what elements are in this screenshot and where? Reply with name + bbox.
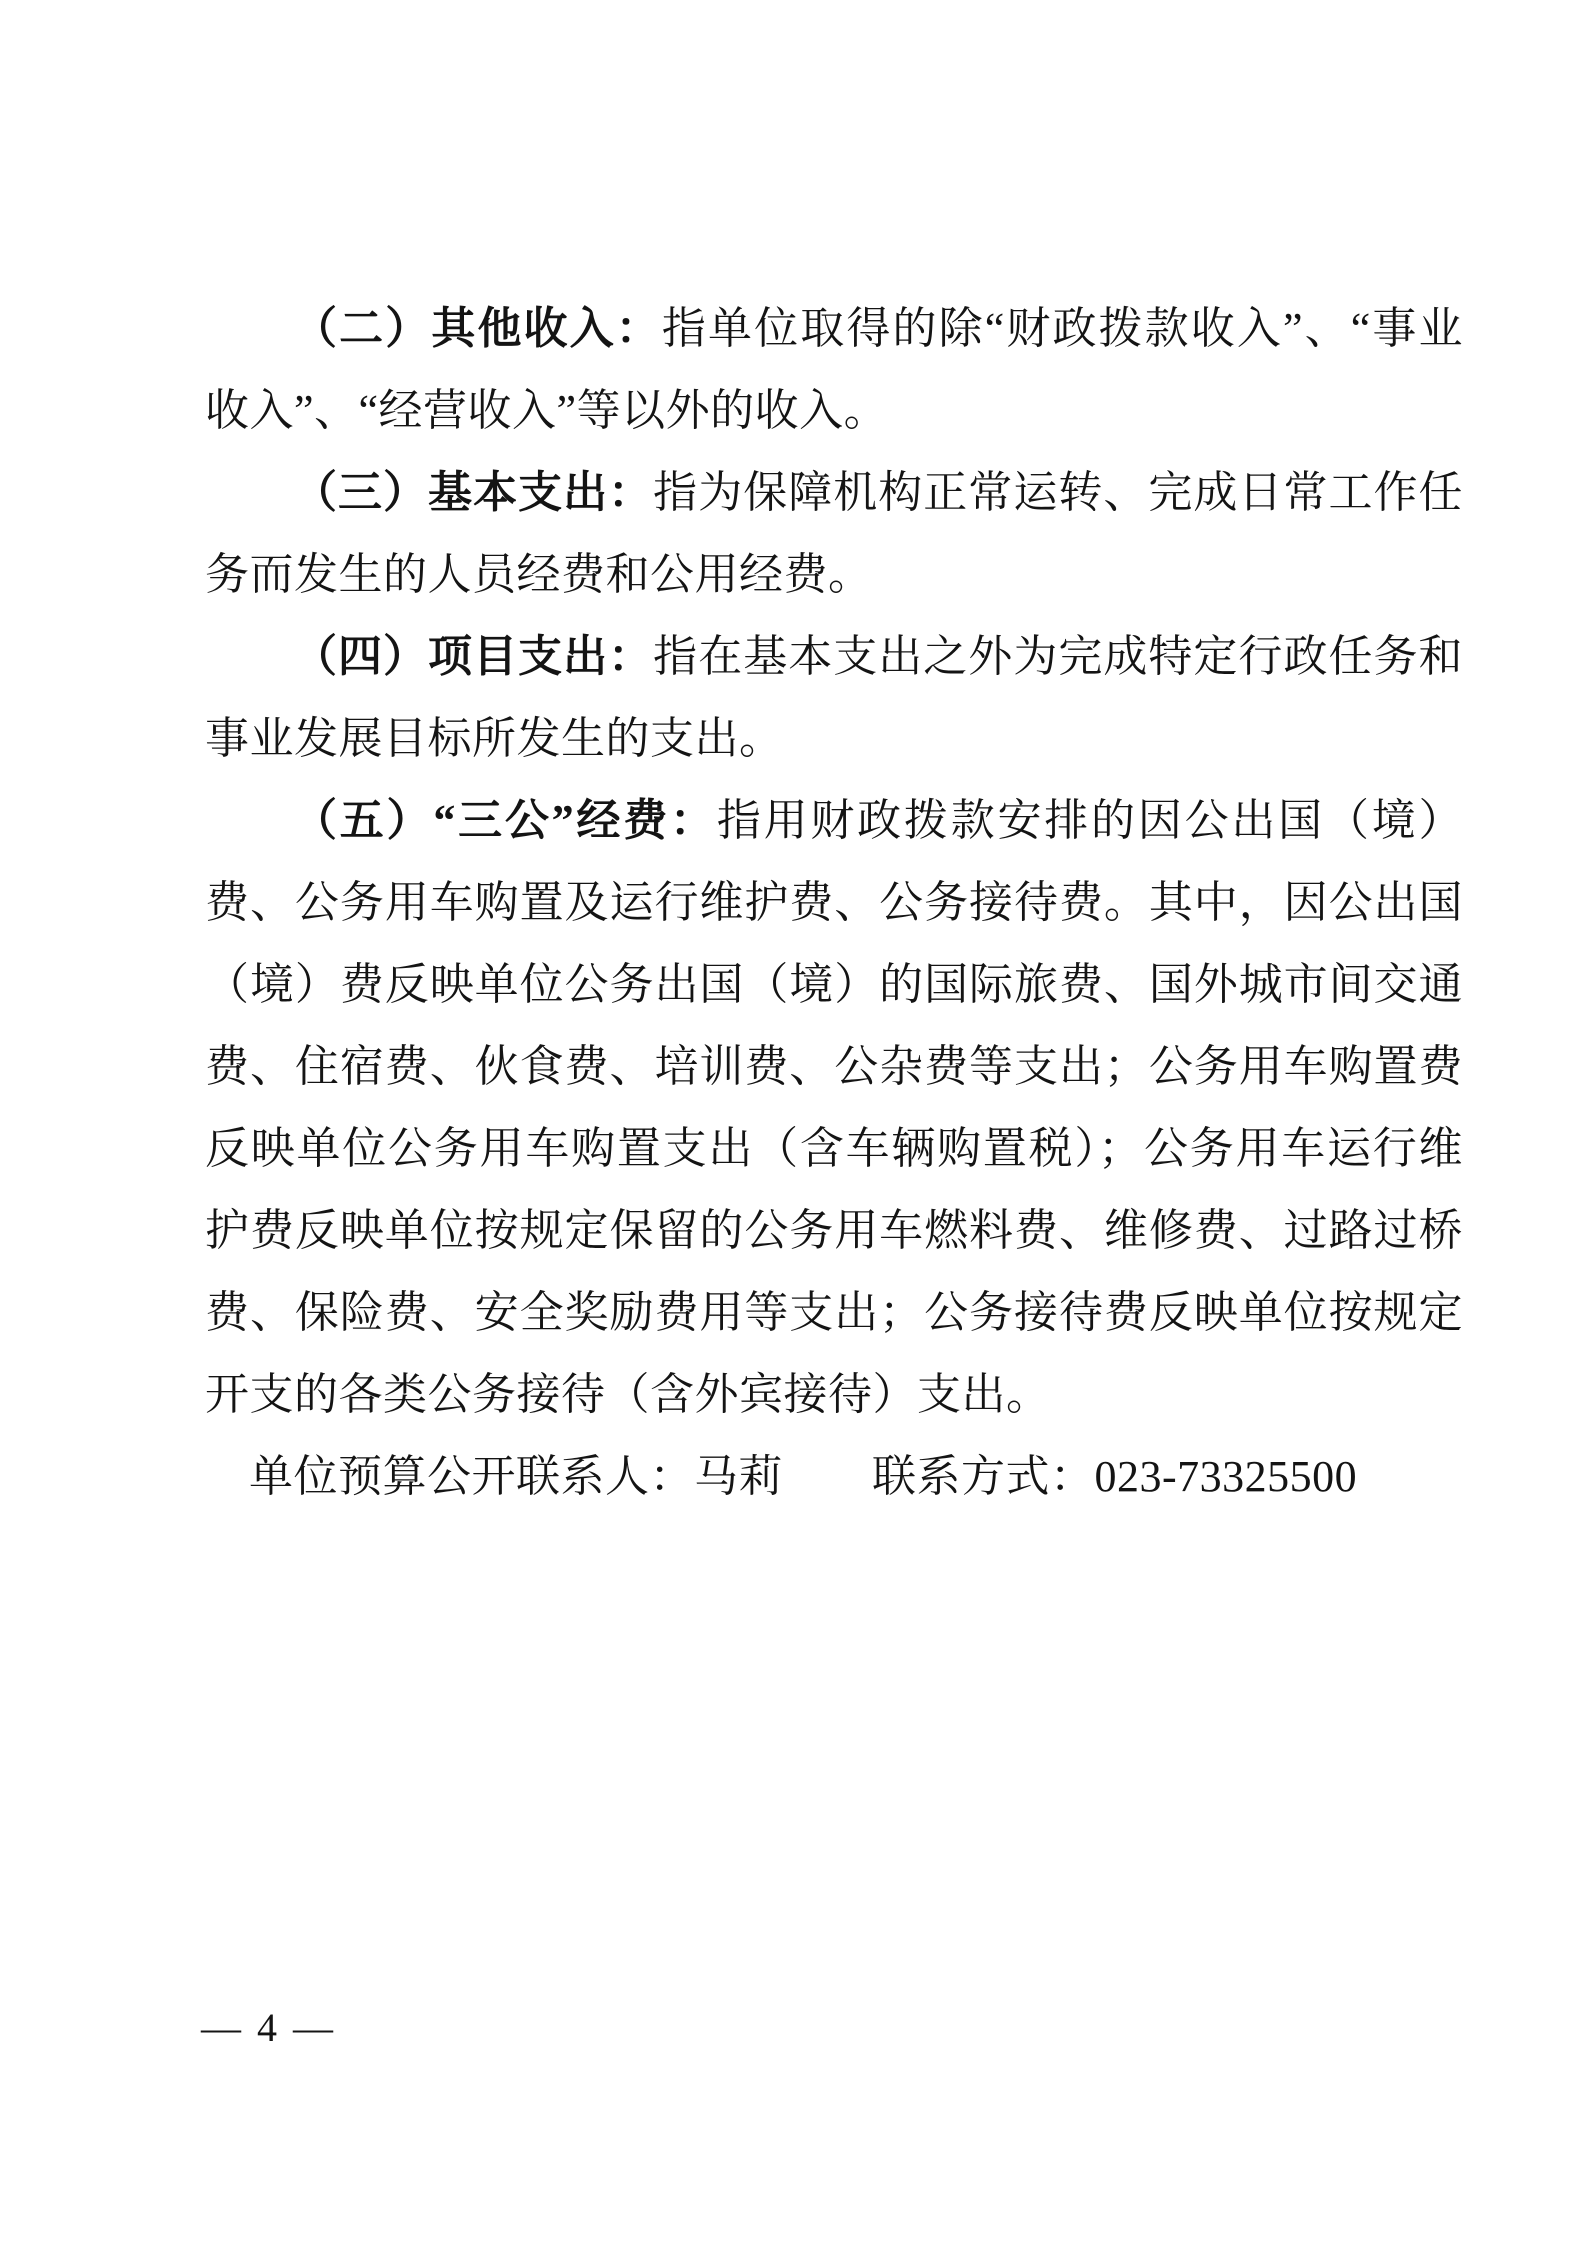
text-segment: 护费反映单位按规定保留的公务用车燃料费、维修费、过路过桥 [205,1206,1463,1255]
document-line: 开支的各类公务接待（含外宾接待）支出。 [205,1354,1463,1436]
text-segment: （境）费反映单位公务出国（境）的国际旅费、国外城市间交通 [205,960,1463,1009]
document-line: 收入”、“经营收入”等以外的收入。 [205,370,1463,452]
document-line: 务而发生的人员经费和公用经费。 [205,534,1463,616]
text-segment: 联系方式：023-73325500 [872,1452,1357,1501]
text-segment: 单位预算公开联系人：马莉 [249,1452,783,1501]
text-segment: 指在基本支出之外为完成特定行政任务和 [653,632,1463,681]
clause-heading: （五）“三公”经费： [293,796,717,845]
document-body: （二）其他收入：指单位取得的除“财政拨款收入”、“事业收入”、“经营收入”等以外… [205,288,1463,1518]
document-line: （五）“三公”经费：指用财政拨款安排的因公出国（境） [205,780,1463,862]
document-line: （四）项目支出：指在基本支出之外为完成特定行政任务和 [205,616,1463,698]
document-line: 费、保险费、安全奖励费用等支出；公务接待费反映单位按规定 [205,1272,1463,1354]
document-line: （三）基本支出：指为保障机构正常运转、完成日常工作任 [205,452,1463,534]
clause-heading: （二）其他收入： [293,304,662,353]
text-segment: 费、公务用车购置及运行维护费、公务接待费。其中，因公出国 [205,878,1463,927]
document-page: （二）其他收入：指单位取得的除“财政拨款收入”、“事业收入”、“经营收入”等以外… [0,0,1587,2245]
document-line: （境）费反映单位公务出国（境）的国际旅费、国外城市间交通 [205,944,1463,1026]
text-segment: 收入”、“经营收入”等以外的收入。 [205,386,888,435]
text-segment: 指为保障机构正常运转、完成日常工作任 [653,468,1463,517]
clause-heading: （四）项目支出： [293,632,653,681]
page-number: — 4 — [201,2006,336,2050]
text-segment: 费、住宿费、伙食费、培训费、公杂费等支出；公务用车购置费 [205,1042,1463,1091]
text-segment [783,1452,872,1501]
document-line: 事业发展目标所发生的支出。 [205,698,1463,780]
text-segment: 务而发生的人员经费和公用经费。 [205,550,873,599]
text-segment: 开支的各类公务接待（含外宾接待）支出。 [205,1370,1051,1419]
text-segment: 反映单位公务用车购置支出（含车辆购置税）；公务用车运行维 [205,1124,1463,1173]
clause-heading: （三）基本支出： [293,468,653,517]
text-segment: 指用财政拨款安排的因公出国（境） [717,796,1463,845]
text-segment: 费、保险费、安全奖励费用等支出；公务接待费反映单位按规定 [205,1288,1463,1337]
document-line: （二）其他收入：指单位取得的除“财政拨款收入”、“事业 [205,288,1463,370]
document-line: 单位预算公开联系人：马莉 联系方式：023-73325500 [205,1436,1463,1518]
document-line: 护费反映单位按规定保留的公务用车燃料费、维修费、过路过桥 [205,1190,1463,1272]
document-line: 费、住宿费、伙食费、培训费、公杂费等支出；公务用车购置费 [205,1026,1463,1108]
text-segment: 指单位取得的除“财政拨款收入”、“事业 [662,304,1463,353]
text-segment: 事业发展目标所发生的支出。 [205,714,784,763]
document-line: 费、公务用车购置及运行维护费、公务接待费。其中，因公出国 [205,862,1463,944]
document-line: 反映单位公务用车购置支出（含车辆购置税）；公务用车运行维 [205,1108,1463,1190]
